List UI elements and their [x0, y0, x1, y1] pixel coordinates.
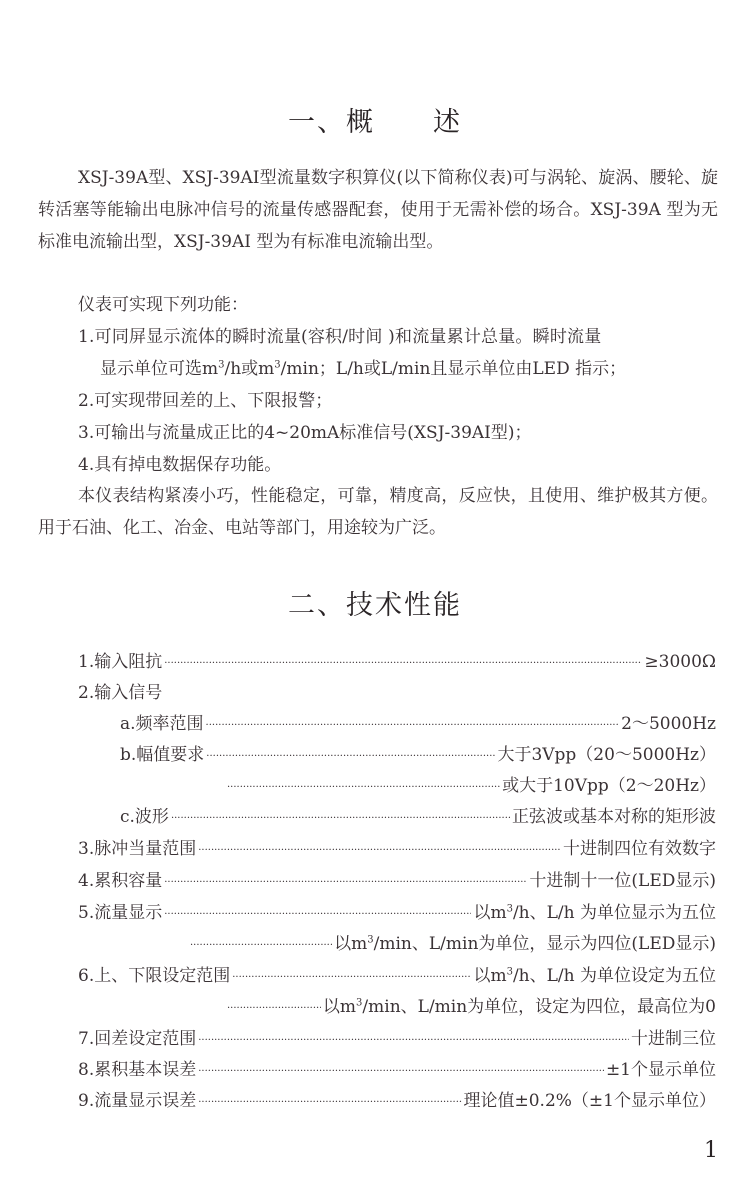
spec-label: 5.流量显示: [78, 898, 162, 928]
leader-dots: [190, 931, 332, 961]
leader-dots: [164, 900, 471, 930]
spec-value: 以m3/h、L/h 为单位设定为五位: [473, 961, 716, 991]
spec-label: 8.累积基本误差: [78, 1055, 196, 1085]
leader-dots: [171, 804, 510, 834]
spec-row: c.波形正弦波或基本对称的矩形波: [120, 802, 716, 832]
leader-dots: [198, 1088, 461, 1118]
leader-dots: [227, 994, 321, 1024]
text: /h、L/h 为单位设定为五位: [513, 966, 716, 986]
spec-row: 7.回差设定范围十进制三位: [78, 1024, 716, 1054]
spec-label: b.幅值要求: [120, 740, 204, 770]
spec-row: 6.上、下限设定范围以m3/h、L/h 为单位设定为五位: [78, 961, 716, 991]
spec-value: 理论值±0.2%（±1个显示单位）: [464, 1086, 717, 1116]
spec-label: c.波形: [120, 802, 169, 832]
function-item-3: 3.可输出与流量成正比的4~20mA标准信号(XSJ-39AI型)；: [78, 418, 532, 448]
spec-value: 或大于10Vpp（2～20Hz）: [502, 771, 716, 801]
functions-intro: 仪表可实现下列功能：: [78, 290, 248, 320]
spec-value: 大于3Vpp（20～5000Hz）: [497, 740, 716, 770]
spec-row-continuation: 以m3/min、L/min为单位，设定为四位，最高位为0: [225, 992, 716, 1022]
leader-dots: [198, 1057, 604, 1087]
spec-row: 8.累积基本误差±1个显示单位: [78, 1055, 716, 1085]
overview-paragraph: XSJ-39A型、XSJ-39AI型流量数字积算仪(以下简称仪表)可与涡轮、旋涡…: [38, 162, 718, 258]
text: /h、L/h 为单位显示为五位: [513, 903, 716, 923]
spec-value: 十进制三位: [631, 1024, 716, 1054]
spec-row-continuation: 以m3/min、L/min为单位，显示为四位(LED显示): [188, 929, 716, 959]
spec-row: b.幅值要求大于3Vpp（20～5000Hz）: [120, 740, 716, 770]
function-item-4: 4.具有掉电数据保存功能。: [78, 450, 281, 480]
spec-value: 十进制十一位(LED显示): [529, 866, 716, 896]
spec-value: ≥3000Ω: [644, 647, 716, 677]
leader-dots: [198, 836, 561, 866]
summary-paragraph: 本仪表结构紧凑小巧，性能稳定，可靠，精度高，反应快，且使用、维护极其方便。用于石…: [38, 480, 718, 544]
leader-dots: [164, 649, 642, 679]
spec-value: 以m3/min、L/min为单位，设定为四位，最高位为0: [323, 992, 716, 1022]
text: /min、L/min为单位，设定为四位，最高位为0: [362, 997, 716, 1017]
section-title-specs: 二、技术性能: [0, 583, 750, 622]
leader-dots: [206, 711, 620, 741]
spec-label: 4.累积容量: [78, 866, 162, 896]
spec-row: 3.脉冲当量范围十进制四位有效数字: [78, 834, 716, 864]
text: 显示单位可选m: [100, 359, 218, 379]
page-number: 1: [704, 1138, 718, 1163]
spec-row: 9.流量显示误差理论值±0.2%（±1个显示单位）: [78, 1086, 716, 1116]
function-item-1-line2: 显示单位可选m3/h或m3/min；L/h或L/min且显示单位由LED 指示；: [100, 354, 626, 384]
spec-value: 以m3/h、L/h 为单位显示为五位: [473, 898, 716, 928]
spec-row: 5.流量显示以m3/h、L/h 为单位显示为五位: [78, 898, 716, 928]
spec-value: ±1个显示单位: [606, 1055, 716, 1085]
spec-value: 2～5000Hz: [621, 709, 716, 739]
leader-dots: [198, 1026, 629, 1056]
spec-value: 以m3/min、L/min为单位，显示为四位(LED显示): [334, 929, 716, 959]
leader-dots: [206, 742, 495, 772]
spec-label: 9.流量显示误差: [78, 1086, 196, 1116]
document-page: 一、概 述 XSJ-39A型、XSJ-39AI型流量数字积算仪(以下简称仪表)可…: [0, 0, 750, 1183]
spec-label: 7.回差设定范围: [78, 1024, 196, 1054]
spec-row: 4.累积容量十进制十一位(LED显示): [78, 866, 716, 896]
spec-value: 十进制四位有效数字: [563, 834, 716, 864]
text: 以m: [473, 903, 506, 923]
leader-dots: [232, 963, 471, 993]
text: /min、L/min为单位，显示为四位(LED显示): [374, 934, 716, 954]
spec-label: 6.上、下限设定范围: [78, 961, 230, 991]
text: /h或m: [225, 359, 275, 379]
spec-label: 3.脉冲当量范围: [78, 834, 196, 864]
function-item-2: 2.可实现带回差的上、下限报警；: [78, 386, 332, 416]
leader-dots: [164, 868, 527, 898]
text: 以m: [334, 934, 367, 954]
spec-value: 正弦波或基本对称的矩形波: [512, 802, 716, 832]
spec-label: a.频率范围: [120, 709, 204, 739]
leader-dots: [227, 773, 500, 803]
spec-row: a.频率范围2～5000Hz: [120, 709, 716, 739]
spec-row-continuation: 或大于10Vpp（2～20Hz）: [225, 771, 716, 801]
text: 以m: [323, 997, 356, 1017]
spec-row: 1.输入阻抗≥3000Ω: [78, 647, 716, 677]
function-item-1-line1: 1.可同屏显示流体的瞬时流量(容积/时间 )和流量累计总量。瞬时流量: [78, 322, 718, 352]
spec-row-heading: 2.输入信号: [78, 678, 162, 708]
text: 以m: [473, 966, 506, 986]
spec-label: 1.输入阻抗: [78, 647, 162, 677]
section-title-overview: 一、概 述: [0, 100, 750, 139]
text: /min；L/h或L/min且显示单位由LED 指示；: [281, 359, 626, 379]
